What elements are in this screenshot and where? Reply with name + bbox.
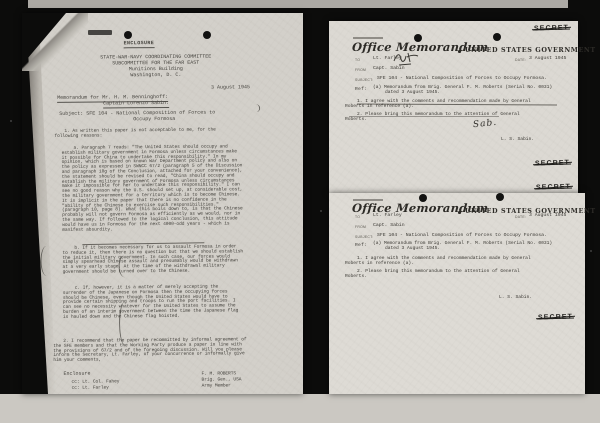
pen-bracket-mark [119,301,128,346]
signature-role: Army Member [202,384,231,389]
handwritten-notation [391,49,421,67]
typed-memo-page: ENCLOSURE STATE-WAR-NAVY COORDINATING CO… [22,13,303,394]
subject-value: SFE 104 - National Composition of Forces… [377,76,547,81]
cc-line2: cc: Lt. Farley [72,386,109,391]
subject-value: SFE 104 - National Composition of Forces… [377,233,547,238]
typed-signature: L. S. Sabin. [499,296,532,301]
memo-paragraph-1: 1. I agree with the comments and recomme… [345,257,541,267]
pen-bracket-mark [40,246,50,276]
paper-grain [329,193,585,394]
pen-check-mark [253,104,260,112]
office-memorandum-bottom: Office Memorandum UNITED STATES GOVERNME… [329,193,585,394]
us-government-label: UNITED STATES GOVERNMENT [465,46,596,54]
date-value: 3 August 1945 [529,213,566,218]
scan-speck [320,210,322,212]
paragraph-a: a. Paragraph 7 reads: "The United States… [62,145,245,233]
date-line: 3 August 1945 [211,85,250,91]
punch-hole [496,193,504,201]
scan-speck [10,120,12,122]
secret-stamp: SECRET [534,25,569,33]
subject-label: SUBJECT: [355,235,373,239]
pen-underline [349,116,499,117]
separator-dot [458,50,461,53]
handwritten-signature: Sab. [473,118,498,130]
letterhead-line4: Washington, D. C. [76,72,236,79]
paragraph-c: c. If, however, it is a matter of merely… [63,285,245,320]
scanner-edge-strip [28,0,568,8]
memo-for-line2: Captain Lorenzo Sabin: [103,101,169,108]
memo-paragraph-2: 2. Please bring this memorandum to the a… [345,270,541,280]
from-value: Capt. Sabin [373,223,405,228]
form-number-print [353,37,383,39]
paragraph-b: b. If it becomes necessary for us to ass… [62,245,244,275]
enclosure-note: Enclosure [63,372,90,378]
subject-line2: Occupy Formosa [133,117,175,123]
paragraph-2: 2. I recommend that the paper be recommi… [53,338,248,364]
paragraph-1: 1. As written this paper is not acceptab… [54,128,224,139]
scanned-documents-sheet: ENCLOSURE STATE-WAR-NAVY COORDINATING CO… [0,0,600,423]
from-label: FROM [355,68,366,72]
ref-label: Ref: [355,87,367,92]
ref-value: (a) Memorandum from Brig. General F. M. … [373,86,563,96]
ref-value: (a) Memorandum from Brig. General F. M. … [373,242,563,252]
punch-hole [493,33,501,41]
pen-bracket-mark [118,255,127,277]
to-label: TO [355,215,360,219]
secret-stamp: SECRET [538,314,573,322]
date-value: 3 August 1945 [529,56,566,61]
from-value: Capt. Sabin [373,66,405,71]
to-value: Lt. Farley [373,213,402,218]
enclosure-heading: ENCLOSURE [124,41,155,48]
office-memorandum-top: SECRET Office Memorandum UNITED STATES G… [329,21,578,193]
separator-dot [458,211,461,214]
to-label: TO [355,58,360,62]
scan-speck [590,250,592,252]
ref-label: Ref: [355,243,367,248]
scanner-bottom-band [0,394,600,423]
date-label: DATE: [515,58,526,62]
secret-stamp: SECRET [536,184,571,192]
from-label: FROM [355,225,366,229]
date-label: DATE: [515,215,526,219]
typed-signature: L. S. Sabin. [501,138,534,143]
secret-stamp: SECRET [535,160,570,168]
subject-label: SUBJECT: [355,78,373,82]
memo-paragraph-2: 2. Please bring this memorandum to the a… [345,113,541,123]
